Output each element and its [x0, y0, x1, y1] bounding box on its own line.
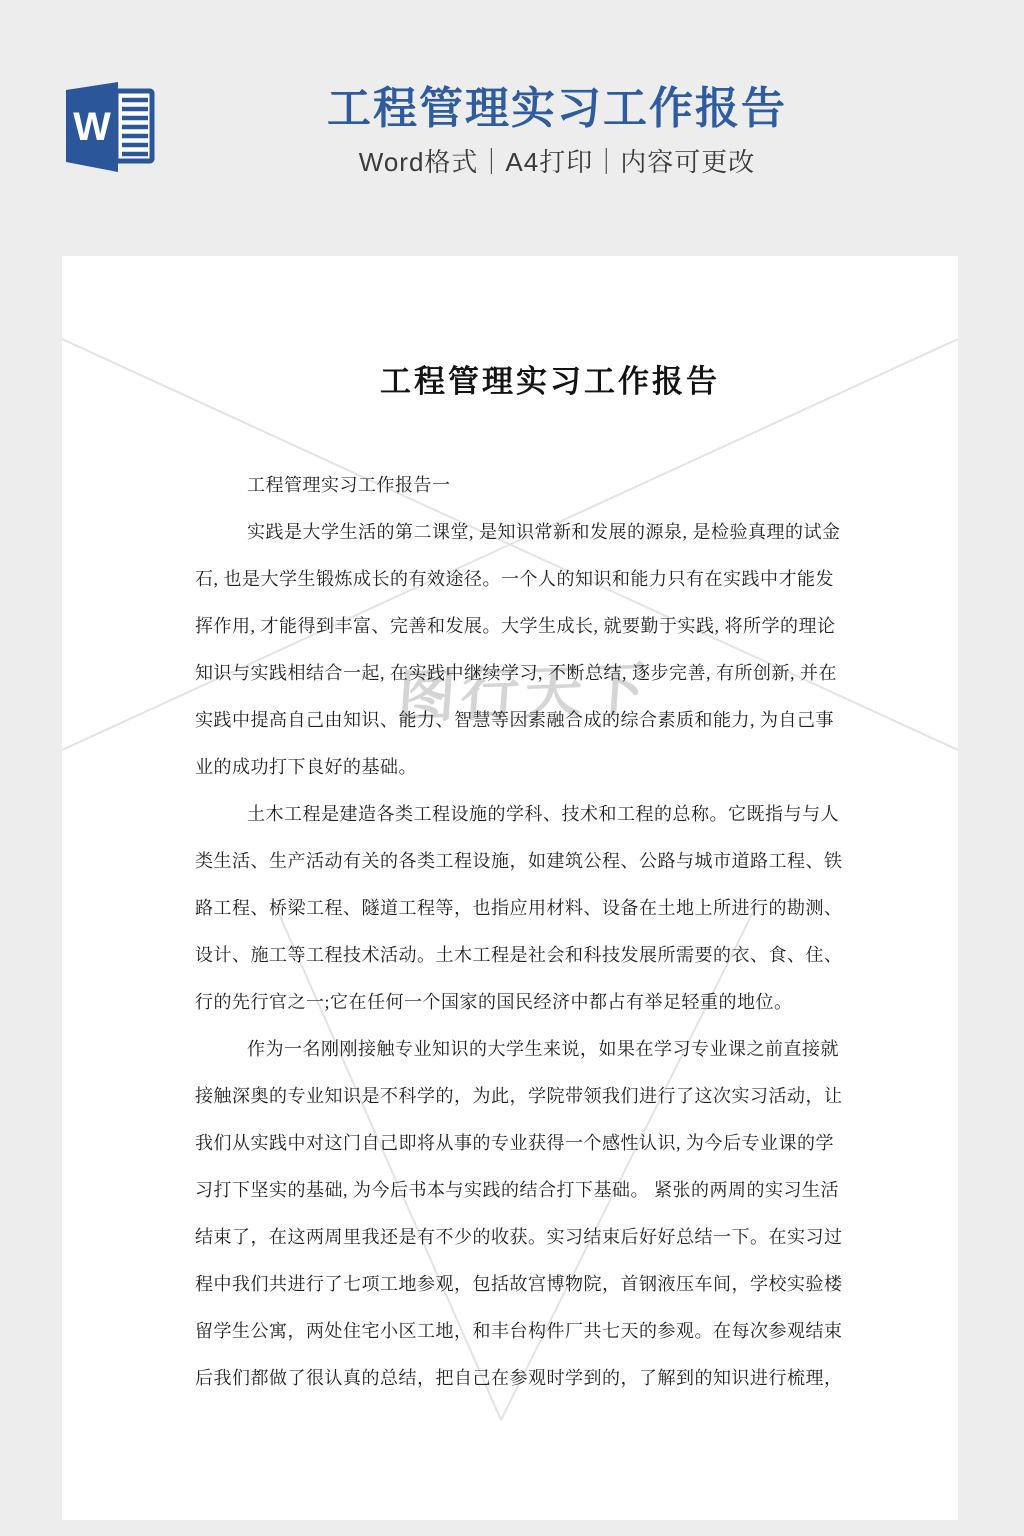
document-line: 我们从实践中对这门自己即将从事的专业获得一个感性认识, 为今后专业课的学 [195, 1120, 830, 1167]
document-line: 行的先行官之一;它在任何一个国家的国民经济中都占有举足轻重的地位。 [195, 979, 830, 1026]
header-text-block: 工程管理实习工作报告 Word格式｜A4打印｜内容可更改 [130, 84, 984, 177]
document-line: 习打下坚实的基础, 为今后书本与实践的结合打下基础。 紧张的两周的实习生活 [195, 1167, 830, 1214]
document-line: 实践是大学生活的第二课堂, 是知识常新和发展的源泉, 是检验真理的试金 [195, 509, 830, 556]
document-line: 结束了，在这两周里我还是有不少的收获。实习结束后好好总结一下。在实习过 [195, 1214, 830, 1261]
document-line: 接触深奥的专业知识是不科学的，为此，学院带领我们进行了这次实习活动，让 [195, 1073, 830, 1120]
document-line: 作为一名刚刚接触专业知识的大学生来说，如果在学习专业课之前直接就 [195, 1026, 830, 1073]
document-line: 工程管理实习工作报告一 [195, 462, 830, 509]
document-line: 程中我们共进行了七项工地参观，包括故宫博物院，首钢液压车间，学校实验楼 [195, 1261, 830, 1308]
document-line: 后我们都做了很认真的总结，把自己在参观时学到的，了解到的知识进行梳理， [195, 1355, 830, 1402]
document-title: 工程管理实习工作报告 [102, 362, 998, 402]
document-line: 类生活、生产活动有关的各类工程设施，如建筑公程、公路与城市道路工程、铁 [195, 838, 830, 885]
template-preview-canvas: { "header": { "icon": "word-file-icon", … [0, 0, 1024, 1536]
document-line: 土木工程是建造各类工程设施的学科、技术和工程的总称。它既指与与人 [195, 791, 830, 838]
template-title: 工程管理实习工作报告 [130, 84, 984, 134]
document-page: 图行天下 工程管理实习工作报告 工程管理实习工作报告一实践是大学生活的第二课堂,… [62, 256, 958, 1520]
document-line: 设计、施工等工程技术活动。土木工程是社会和科技发展所需要的衣、食、住、 [195, 932, 830, 979]
word-icon-letter: W [73, 105, 111, 149]
template-subtitle: Word格式｜A4打印｜内容可更改 [130, 147, 984, 177]
document-line: 知识与实践相结合一起, 在实践中继续学习, 不断总结, 逐步完善, 有所创新, … [195, 650, 830, 697]
document-line: 路工程、桥梁工程、隧道工程等，也指应用材料、设备在土地上所进行的勘测、 [195, 885, 830, 932]
document-line: 挥作用, 才能得到丰富、完善和发展。大学生成长, 就要勤于实践, 将所学的理论 [195, 603, 830, 650]
document-body: 工程管理实习工作报告一实践是大学生活的第二课堂, 是知识常新和发展的源泉, 是检… [195, 462, 830, 1402]
document-line: 石, 也是大学生锻炼成长的有效途径。一个人的知识和能力只有在实践中才能发 [195, 556, 830, 603]
document-line: 实践中提高自己由知识、能力、智慧等因素融合成的综合素质和能力, 为自己事 [195, 697, 830, 744]
document-line: 留学生公寓，两处住宅小区工地，和丰台构件厂共七天的参观。在每次参观结束 [195, 1308, 830, 1355]
document-line: 业的成功打下良好的基础。 [195, 744, 830, 791]
